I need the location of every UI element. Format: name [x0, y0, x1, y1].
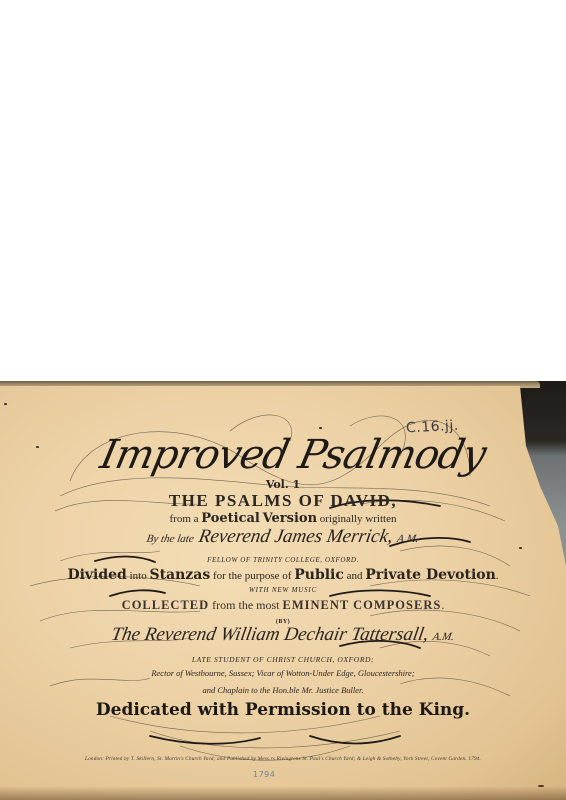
author-name: Reverend James Merrick, — [197, 526, 395, 547]
collected-text: from the most — [212, 598, 279, 612]
paper-speck — [519, 547, 522, 549]
subtitle: THE PSALMS OF DAVID, — [0, 491, 566, 511]
editor-chaplain: and Chaplain to the Hon.ble Mr. Justice … — [0, 685, 566, 695]
collected-period: . — [441, 598, 444, 612]
divided-line: Divided into Stanzas for the purpose of … — [0, 567, 566, 583]
source-line: from a Poetical Version originally writt… — [0, 511, 566, 526]
divided-period: . — [496, 570, 499, 582]
source-line-poetical: Poetical — [201, 511, 260, 526]
pencil-date-annotation: 1794 — [253, 770, 275, 779]
editor-student: Late Student of Christ Church, Oxford; — [0, 655, 566, 664]
author-fellowship: Fellow of Trinity College, Oxford. — [0, 556, 566, 564]
paper-speck — [36, 446, 39, 448]
document-title: Improved Psalmody — [5, 432, 566, 478]
divided-text-2: for the purpose of — [213, 570, 292, 582]
eminent-composers: EMINENT COMPOSERS — [283, 598, 442, 612]
paper-speck — [538, 785, 544, 787]
editor-degree: A.M. — [432, 631, 456, 643]
author-degree: A.M. — [396, 533, 420, 545]
source-line-pre: from a — [170, 513, 199, 525]
public-word: Public — [294, 567, 344, 583]
collected-line: COLLECTED from the most EMINENT COMPOSER… — [0, 598, 566, 613]
imprint: London: Printed by T. Skillern, St. Mart… — [0, 756, 566, 762]
divided-text-3: and — [347, 570, 363, 582]
collected-word: COLLECTED — [122, 598, 210, 612]
paper-speck — [4, 403, 7, 405]
dedication: Dedicated with Permission to the King. — [0, 700, 566, 720]
editor-line: The Reverend William Dechair Tattersall,… — [0, 624, 566, 646]
source-line-post: originally written — [320, 513, 397, 525]
divided-text-1: into — [130, 570, 147, 582]
divided-word: Divided — [67, 567, 126, 583]
author-line: By the late Reverend James Merrick, A.M. — [0, 526, 566, 548]
stanzas-word: Stanzas — [149, 567, 210, 583]
author-line-pre: By the late — [146, 533, 195, 545]
paper-speck — [319, 427, 322, 429]
private-devotion-words: Private Devotion — [365, 567, 496, 583]
source-line-version: Version — [263, 511, 317, 526]
volume-label: Vol. 1 — [0, 478, 566, 491]
editor-name: The Reverend William Dechair Tattersall, — [110, 624, 431, 645]
with-new-music: WITH NEW MUSIC — [0, 586, 566, 594]
editor-rector: Rector of Westbourne, Sussex; Vicar of W… — [0, 668, 566, 678]
